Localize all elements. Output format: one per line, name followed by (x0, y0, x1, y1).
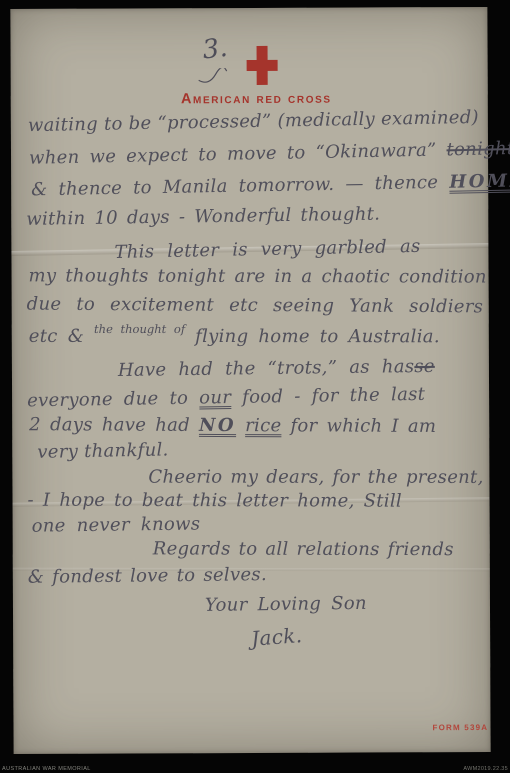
text-segment: everyone due to (27, 388, 199, 412)
text-segment: Your Loving Son (205, 593, 367, 616)
letter-line: & fondest love to selves. (28, 564, 267, 588)
text-segment: & fondest love to selves. (28, 564, 267, 588)
text-segment: Have had the “trots,” as has (118, 356, 415, 381)
text-segment: - I hope to beat this letter home, Still (27, 490, 402, 512)
letter-line: This letter is very garbled as (114, 236, 421, 263)
text-segment: Regards to all relations friends (153, 538, 454, 560)
letter-line: 2 days have had NO rice for which I am (29, 414, 436, 437)
struck-text: se (414, 356, 435, 377)
letter-line: etc & the thought of flying home to Aust… (29, 326, 440, 347)
letter-line: everyone due to our food - for the last (27, 384, 425, 412)
text-segment: This letter is very garbled as (114, 236, 421, 263)
text-segment: due to excitement etc seeing Yank soldie… (27, 294, 484, 318)
archive-accession-label: AWM2019.22.35 (463, 766, 508, 772)
text-segment: very thankful. (37, 439, 169, 462)
text-segment: food - for the last (231, 384, 425, 408)
letter-line: - I hope to beat this letter home, Still (27, 490, 402, 512)
letter-line: when we expect to move to “Okinawara” to… (29, 138, 510, 169)
struck-text: tonight (446, 138, 510, 160)
letter-line: my thoughts tonight are in a chaotic con… (29, 265, 487, 287)
handwritten-page-number: 3. (201, 33, 229, 66)
letter-line: & thence to Manila tomorrow. — thence HO… (31, 170, 510, 200)
text-segment (236, 415, 245, 436)
text-segment: my thoughts tonight are in a chaotic con… (29, 265, 487, 287)
form-number: FORM 539A (432, 723, 488, 732)
text-segment: when we expect to move to “Okinawara” (29, 139, 447, 168)
emphasized-word: NO (199, 415, 236, 436)
letter-line: within 10 days - Wonderful thought. (26, 204, 380, 230)
letterhead-title: American Red Cross (11, 90, 502, 108)
text-segment: waiting to be “processed” (medically exa… (28, 107, 479, 136)
signature-name: Jack. (250, 623, 303, 651)
letter-paper: 3. American Red Cross waiting to be “pro… (10, 7, 490, 754)
text-segment: Jack. (250, 623, 303, 651)
text-segment: Cheerio my dears, for the present, (148, 467, 483, 488)
underlined-word: our (199, 387, 231, 409)
text-segment: for which I am (281, 415, 436, 437)
letter-line: Regards to all relations friends (153, 538, 454, 560)
letter-line: very thankful. (37, 439, 169, 462)
underlined-word: rice (245, 415, 281, 436)
letter-line: Have had the “trots,” as hasse (118, 356, 435, 381)
signature-closing: Your Loving Son (205, 593, 367, 616)
letter-line: one never knows (31, 513, 200, 536)
page-number-flourish (197, 68, 231, 84)
letter-line: Cheerio my dears, for the present, (148, 467, 483, 488)
letter-line: waiting to be “processed” (medically exa… (28, 107, 479, 136)
scan-background: 3. American Red Cross waiting to be “pro… (0, 0, 510, 773)
text-segment: etc & (29, 326, 94, 347)
text-segment: within 10 days - Wonderful thought. (26, 204, 380, 230)
text-segment: & thence to Manila tomorrow. — thence (31, 172, 449, 201)
inserted-text: the thought of (94, 322, 185, 336)
archive-institution-label: AUSTRALIAN WAR MEMORIAL (2, 766, 91, 772)
text-segment: 2 days have had (29, 414, 199, 436)
text-segment: flying home to Australia. (185, 326, 440, 347)
text-segment: one never knows (31, 513, 200, 536)
red-cross-icon (247, 46, 278, 85)
emphasized-word: HOME (449, 170, 510, 192)
letter-line: due to excitement etc seeing Yank soldie… (27, 294, 484, 318)
